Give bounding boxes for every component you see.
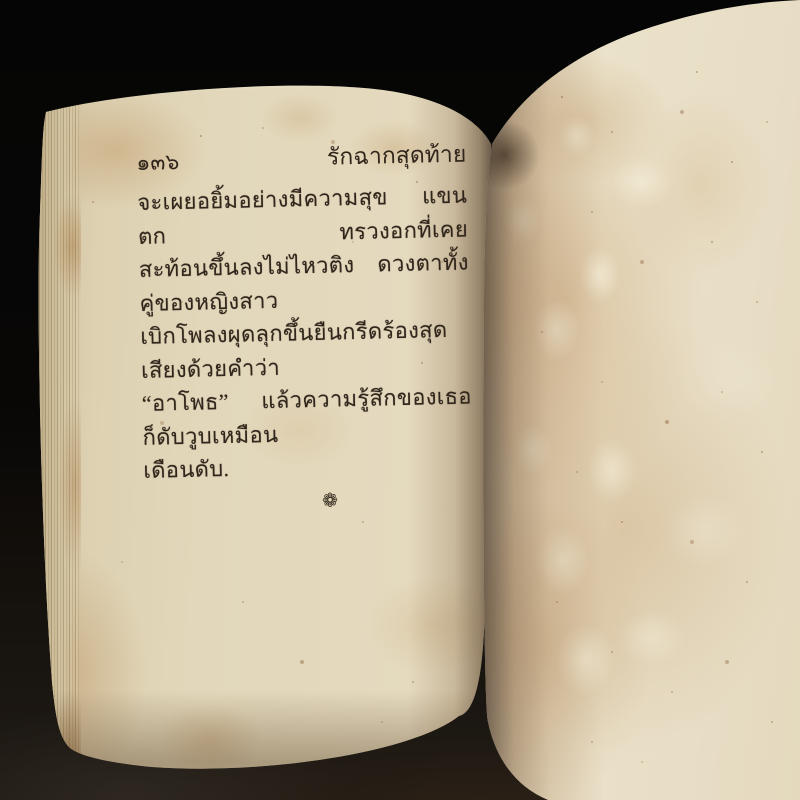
body-text: จะเผยอยิ้มอย่างมีความสุข แขนตก ทรวงอกที่… — [137, 179, 474, 488]
body-line: จะเผยอยิ้มอย่างมีความสุข แขนตก ทรวงอกที่… — [137, 179, 468, 253]
page-number: ๑๓๖ — [136, 144, 180, 180]
body-line: สะท้อนขึ้นลงไม่ไหวติง ดวงตาทั้งคู่ของหญิ… — [138, 245, 469, 319]
printed-text-block: ๑๓๖ รักฉากสุดท้าย จะเผยอยิ้มอย่างมีความส… — [136, 139, 474, 517]
body-line: เดือนดับ. — [143, 446, 474, 487]
body-line: เบิกโพลงผุดลุกขึ้นยืนกรีดร้องสุดเสียงด้ว… — [140, 312, 471, 386]
running-title: รักฉากสุดท้าย — [327, 137, 467, 176]
book-photograph: ๑๓๖ รักฉากสุดท้าย จะเผยอยิ้มอย่างมีความส… — [0, 0, 800, 800]
body-line: “อาโพธ” แล้วความรู้สึกของเธอ ก็ดับวูบเหม… — [141, 379, 472, 453]
page-header: ๑๓๖ รักฉากสุดท้าย — [136, 139, 467, 180]
